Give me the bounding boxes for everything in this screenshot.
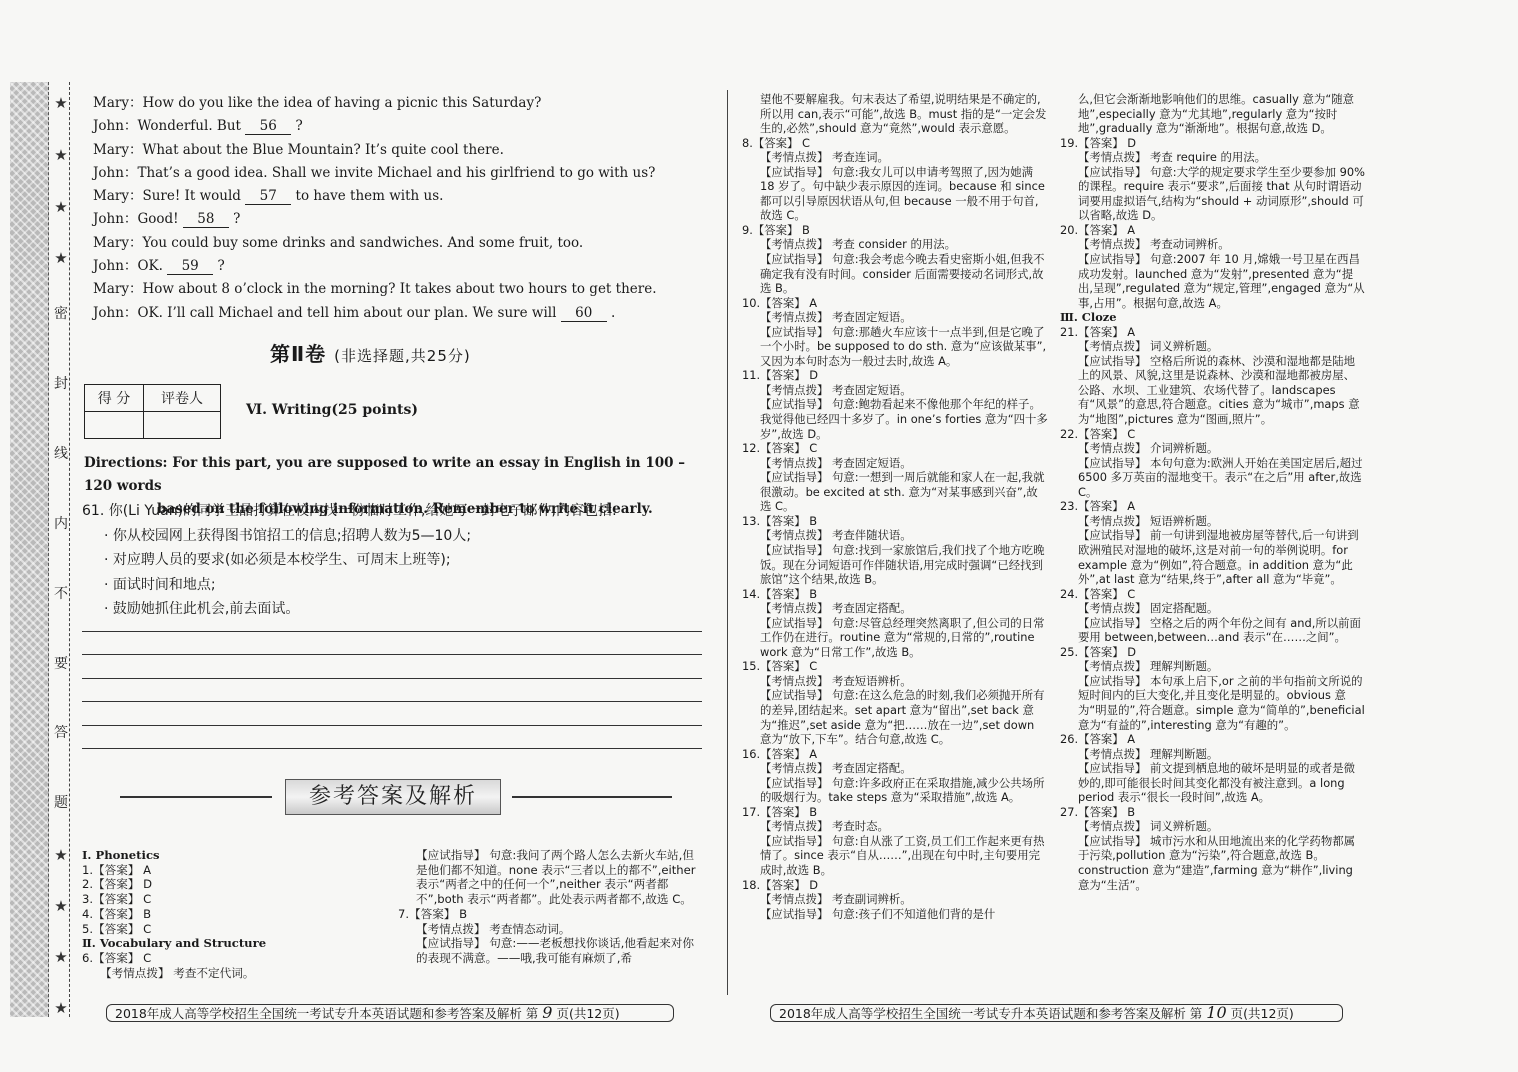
answer-item: 6.【答案】 C bbox=[82, 951, 382, 966]
speaker: Mary： bbox=[93, 92, 142, 115]
footer-text: 2018年成人高等学校招生全国统一考试专升本英语试题和参考答案及解析 第 bbox=[115, 1006, 538, 1021]
answer-note: 【考情点拨】 考查固定短语。 bbox=[742, 383, 1048, 398]
page-divider bbox=[727, 90, 728, 995]
answer-item: 23.【答案】 A bbox=[1060, 499, 1366, 514]
line-text: How do you like the idea of having a pic… bbox=[142, 95, 541, 111]
answer-note: 【应试指导】 句意:找到一家旅馆后,我们找了个地方吃晚饭。现在分词短语可作伴随状… bbox=[742, 543, 1048, 587]
star-icon: ★ bbox=[52, 249, 70, 267]
answer-note: 【考情点拨】 考查连词。 bbox=[742, 150, 1048, 165]
line-text: What about the Blue Mountain? It’s quite… bbox=[142, 142, 503, 158]
answer-note: 【应试指导】 句意:自从涨了工资,员工们工作起来更有热情了。since 表示“自… bbox=[742, 834, 1048, 878]
seal-char: 要 bbox=[52, 653, 70, 673]
line-text: That’s a good idea. Shall we invite Mich… bbox=[137, 165, 655, 181]
answer-item: 24.【答案】 C bbox=[1060, 587, 1366, 602]
star-icon: ★ bbox=[52, 897, 70, 915]
writing-line bbox=[82, 654, 702, 655]
answer-item: 5.【答案】 C bbox=[82, 922, 382, 937]
writing-line bbox=[82, 748, 702, 749]
answer-item: 4.【答案】 B bbox=[82, 907, 382, 922]
seal-char: 线 bbox=[52, 443, 70, 463]
dialogue-line: John：OK. 59 ? bbox=[93, 255, 713, 278]
line-text: Wonderful. But bbox=[137, 118, 245, 134]
line-text: Good! bbox=[137, 211, 182, 227]
section-heading: Ⅱ. Vocabulary and Structure bbox=[82, 936, 382, 951]
answer-note: 【考情点拨】 考查固定搭配。 bbox=[742, 761, 1048, 776]
writing-line bbox=[82, 701, 702, 702]
dialogue-line: Mary：How do you like the idea of having … bbox=[93, 92, 713, 115]
answer-note: 【考情点拨】 考查 require 的用法。 bbox=[1060, 150, 1366, 165]
answer-note: 【考情点拨】 考查情态动词。 bbox=[398, 922, 704, 937]
section-heading: Ⅰ. Phonetics bbox=[82, 848, 382, 863]
line-text: How about 8 o’clock in the morning? It t… bbox=[142, 281, 656, 297]
answer-note: 【应试指导】 句意:——老板想找你谈话,他看起来对你的表现不满意。——哦,我可能… bbox=[398, 936, 704, 965]
answer-item: 15.【答案】 C bbox=[742, 659, 1048, 674]
answer-note: 【考情点拨】 理解判断题。 bbox=[1060, 659, 1366, 674]
dialogue-line: John：Wonderful. But 56 ? bbox=[93, 115, 713, 138]
answer-note: 【应试指导】 城市污水和从田地流出来的化学药物都属于污染,pollution 意… bbox=[1060, 834, 1366, 892]
answer-item: 11.【答案】 D bbox=[742, 368, 1048, 383]
answer-item: 27.【答案】 B bbox=[1060, 805, 1366, 820]
blank-57: 57 bbox=[245, 188, 291, 205]
answer-note: 【考情点拨】 考查副词辨析。 bbox=[742, 892, 1048, 907]
dialogue-line: Mary：Sure! It would 57 to have them with… bbox=[93, 185, 713, 208]
speaker: John： bbox=[93, 302, 137, 325]
seal-char: 内 bbox=[52, 513, 70, 533]
page-number: 9 bbox=[542, 1003, 552, 1022]
directions-line: Directions: For this part, you are suppo… bbox=[84, 455, 685, 494]
score-table: 得 分评卷人 bbox=[84, 384, 221, 439]
line-text: OK. I’ll call Michael and tell him about… bbox=[137, 305, 560, 321]
footer-text: 2018年成人高等学校招生全国统一考试专升本英语试题和参考答案及解析 第 bbox=[779, 1006, 1202, 1021]
answer-note: 【应试指导】 句意:一想到一周后就能和家人在一起,我就很激动。be excite… bbox=[742, 470, 1048, 514]
writing-line bbox=[82, 631, 702, 632]
speaker: Mary： bbox=[93, 278, 142, 301]
answer-note: 【考情点拨】 短语辨析题。 bbox=[1060, 514, 1366, 529]
line-text: to have them with us. bbox=[291, 188, 443, 204]
answer-note: 【考情点拨】 考查时态。 bbox=[742, 819, 1048, 834]
part2-subtitle: (非选择题,共25分) bbox=[334, 347, 471, 365]
star-icon: ★ bbox=[52, 948, 70, 966]
bullet-item: · 鼓励她抓住此机会,前去面试。 bbox=[82, 597, 712, 622]
blank-60: 60 bbox=[561, 305, 607, 322]
answers-banner: 参考答案及解析 bbox=[285, 779, 501, 815]
star-icon: ★ bbox=[52, 999, 70, 1017]
answer-note: 【应试指导】 空格后所说的森林、沙漠和湿地都是陆地上的风景、风貌,这里是说森林、… bbox=[1060, 354, 1366, 427]
speaker: John： bbox=[93, 208, 137, 231]
question-61: 61. 你(Li Yuan)的同学王晶打算在校内找一份临时工作,给她写一封电子邮… bbox=[82, 499, 712, 622]
line-text: OK. bbox=[137, 258, 167, 274]
banner-rule-left bbox=[120, 796, 272, 798]
part2-title: 第Ⅱ卷 bbox=[270, 342, 326, 366]
answer-item: 21.【答案】 A bbox=[1060, 325, 1366, 340]
answer-item: 1.【答案】 A bbox=[82, 863, 382, 878]
dialogue-line: Mary：You could buy some drinks and sandw… bbox=[93, 232, 713, 255]
answer-item: 16.【答案】 A bbox=[742, 747, 1048, 762]
seal-dashed-line bbox=[69, 82, 70, 1017]
answer-note: 【考情点拨】 考查固定短语。 bbox=[742, 456, 1048, 471]
answer-note: 【应试指导】 句意:2007 年 10 月,嫦娥一号卫星在西昌成功发射。laun… bbox=[1060, 252, 1366, 310]
answer-note: 【应试指导】 句意:我问了两个路人怎么去新火车站,但是他们都不知道。none 表… bbox=[398, 848, 704, 907]
answer-note: 【考情点拨】 考查短语辨析。 bbox=[742, 674, 1048, 689]
answer-note: 【考情点拨】 考查固定搭配。 bbox=[742, 601, 1048, 616]
line-text: Sure! It would bbox=[142, 188, 245, 204]
answer-item: 20.【答案】 A bbox=[1060, 223, 1366, 238]
answer-item: 19.【答案】 D bbox=[1060, 136, 1366, 151]
line-text: ? bbox=[291, 118, 303, 134]
answer-note: 【应试指导】 句意:在这么危急的时刻,我们必须抛开所有的差异,团结起来。set … bbox=[742, 688, 1048, 746]
star-icon: ★ bbox=[52, 146, 70, 164]
page-footer-10: 2018年成人高等学校招生全国统一考试专升本英语试题和参考答案及解析 第 10 … bbox=[770, 1004, 1343, 1022]
answer-note: 望他不要解雇我。句末表达了希望,说明结果是不确定的,所以用 can,表示“可能”… bbox=[742, 92, 1048, 136]
bullet-item: · 你从校园网上获得图书馆招工的信息;招聘人数为5—10人; bbox=[82, 524, 712, 549]
answer-note: 【考情点拨】 考查固定短语。 bbox=[742, 310, 1048, 325]
blank-59: 59 bbox=[167, 258, 213, 275]
binding-strip bbox=[10, 82, 49, 1017]
blank-58: 58 bbox=[183, 211, 229, 228]
grader-cell bbox=[144, 412, 221, 439]
part2-heading: 第Ⅱ卷 (非选择题,共25分) bbox=[270, 338, 471, 367]
answer-item: 22.【答案】 C bbox=[1060, 427, 1366, 442]
answer-item: 9.【答案】 B bbox=[742, 223, 1048, 238]
blank-56: 56 bbox=[245, 118, 291, 135]
score-header: 得 分 bbox=[85, 385, 144, 412]
answer-note: 【考情点拨】 词义辨析题。 bbox=[1060, 819, 1366, 834]
star-icon: ★ bbox=[52, 94, 70, 112]
speaker: Mary： bbox=[93, 139, 142, 162]
answer-note: 【应试指导】 句意:许多政府正在采取措施,减少公共场所的吸烟行为。take st… bbox=[742, 776, 1048, 805]
answer-note: 【考情点拨】 理解判断题。 bbox=[1060, 747, 1366, 762]
answer-note: 么,但它会渐渐地影响他们的思维。casually 意为“随意地”,especia… bbox=[1060, 92, 1366, 136]
star-icon: ★ bbox=[52, 198, 70, 216]
bullet-item: · 面试时间和地点; bbox=[82, 573, 712, 598]
line-text: You could buy some drinks and sandwiches… bbox=[142, 235, 583, 251]
speaker: Mary： bbox=[93, 185, 142, 208]
writing-section-title: Ⅵ. Writing(25 points) bbox=[246, 402, 418, 418]
answer-item: 18.【答案】 D bbox=[742, 878, 1048, 893]
answer-note: 【应试指导】 句意:孩子们不知道他们背的是什 bbox=[742, 907, 1048, 922]
answers-left-col2: 【应试指导】 句意:我问了两个路人怎么去新火车站,但是他们都不知道。none 表… bbox=[398, 848, 704, 966]
answers-left-col1: Ⅰ. Phonetics 1.【答案】 A 2.【答案】 D 3.【答案】 C … bbox=[82, 848, 382, 980]
answer-note: 【应试指导】 前文提到栖息地的破坏是明显的或者是微妙的,即可能很长时间其变化都没… bbox=[1060, 761, 1366, 805]
answer-item: 7.【答案】 B bbox=[398, 907, 704, 922]
answer-note: 【应试指导】 句意:我女儿可以申请考驾照了,因为她满 18 岁了。句中缺少表示原… bbox=[742, 165, 1048, 223]
grader-header: 评卷人 bbox=[144, 385, 221, 412]
answer-note: 【应试指导】 本句承上启下,or 之前的半句指前文所说的短时间内的巨大变化,并且… bbox=[1060, 674, 1366, 732]
answer-item: 3.【答案】 C bbox=[82, 892, 382, 907]
answer-note: 【应试指导】 空格之后的两个年份之间有 and,所以前面要用 between,b… bbox=[1060, 616, 1366, 645]
dialogue-line: John：Good! 58 ? bbox=[93, 208, 713, 231]
answer-note: 【应试指导】 句意:尽管总经理突然离职了,但公司的日常工作仍在进行。routin… bbox=[742, 616, 1048, 660]
page-footer-9: 2018年成人高等学校招生全国统一考试专升本英语试题和参考答案及解析 第 9 页… bbox=[106, 1004, 674, 1022]
question-prompt: 61. 你(Li Yuan)的同学王晶打算在校内找一份临时工作,给她写一封电子邮… bbox=[82, 499, 712, 524]
answer-note: 【考情点拨】 考查动词辨析。 bbox=[1060, 237, 1366, 252]
answer-item: 17.【答案】 B bbox=[742, 805, 1048, 820]
banner-rule-right bbox=[512, 796, 672, 798]
answer-note: 【应试指导】 句意:我会考虑今晚去看史密斯小姐,但我不确定我有没有时间。cons… bbox=[742, 252, 1048, 296]
dialogue: Mary：How do you like the idea of having … bbox=[93, 92, 713, 325]
answer-note: 【应试指导】 句意:那趟火车应该十一点半到,但是它晚了一个小时。be suppo… bbox=[742, 325, 1048, 369]
answer-item: 2.【答案】 D bbox=[82, 877, 382, 892]
answer-note: 【应试指导】 句意:鲍勃看起来不像他那个年纪的样子。我觉得他已经四十多岁了。in… bbox=[742, 397, 1048, 441]
line-text: ? bbox=[213, 258, 225, 274]
answer-note: 【应试指导】 前一句讲到湿地被房屋等替代,后一句讲到欧洲殖民对湿地的破坏,这是对… bbox=[1060, 528, 1366, 586]
answer-item: 12.【答案】 C bbox=[742, 441, 1048, 456]
answer-item: 25.【答案】 D bbox=[1060, 645, 1366, 660]
line-text: ? bbox=[229, 211, 241, 227]
seal-char: 答 bbox=[52, 722, 70, 742]
answer-note: 【考情点拨】 考查不定代词。 bbox=[82, 966, 382, 981]
answer-note: 【应试指导】 句意:大学的规定要求学生至少要参加 90% 的课程。require… bbox=[1060, 165, 1366, 223]
page-total: 页(共12页) bbox=[1231, 1006, 1294, 1021]
answer-item: 14.【答案】 B bbox=[742, 587, 1048, 602]
answer-note: 【考情点拨】 词义辨析题。 bbox=[1060, 339, 1366, 354]
page-number: 10 bbox=[1206, 1003, 1226, 1022]
writing-line bbox=[82, 678, 702, 679]
bullet-item: · 对应聘人员的要求(如必须是本校学生、可周末上班等); bbox=[82, 548, 712, 573]
seal-char: 封 bbox=[52, 373, 70, 393]
answer-note: 【应试指导】 本句句意为:欧洲人开始在美国定居后,超过 6500 多万英亩的湿地… bbox=[1060, 456, 1366, 500]
star-icon: ★ bbox=[52, 846, 70, 864]
dialogue-line: John：That’s a good idea. Shall we invite… bbox=[93, 162, 713, 185]
speaker: Mary： bbox=[93, 232, 142, 255]
dialogue-line: Mary：How about 8 o’clock in the morning?… bbox=[93, 278, 713, 301]
seal-char: 密 bbox=[52, 303, 70, 323]
answer-note: 【考情点拨】 介词辨析题。 bbox=[1060, 441, 1366, 456]
dialogue-line: John：OK. I’ll call Michael and tell him … bbox=[93, 302, 713, 325]
seal-char: 题 bbox=[52, 792, 70, 812]
answer-item: 13.【答案】 B bbox=[742, 514, 1048, 529]
dialogue-line: Mary：What about the Blue Mountain? It’s … bbox=[93, 139, 713, 162]
seal-char: 不 bbox=[52, 583, 70, 603]
answer-note: 【考情点拨】 考查 consider 的用法。 bbox=[742, 237, 1048, 252]
answer-note: 【考情点拨】 固定搭配题。 bbox=[1060, 601, 1366, 616]
speaker: John： bbox=[93, 255, 137, 278]
answer-item: 10.【答案】 A bbox=[742, 296, 1048, 311]
score-cell bbox=[85, 412, 144, 439]
page-total: 页(共12页) bbox=[556, 1006, 619, 1021]
speaker: John： bbox=[93, 162, 137, 185]
answers-right-col2: 么,但它会渐渐地影响他们的思维。casually 意为“随意地”,especia… bbox=[1060, 92, 1366, 892]
answer-item: 26.【答案】 A bbox=[1060, 732, 1366, 747]
speaker: John： bbox=[93, 115, 137, 138]
line-text: . bbox=[607, 305, 616, 321]
section-heading: Ⅲ. Cloze bbox=[1060, 310, 1366, 325]
answer-item: 8.【答案】 C bbox=[742, 136, 1048, 151]
answers-right-col1: 望他不要解雇我。句末表达了希望,说明结果是不确定的,所以用 can,表示“可能”… bbox=[742, 92, 1048, 921]
writing-line bbox=[82, 725, 702, 726]
answer-note: 【考情点拨】 考查伴随状语。 bbox=[742, 528, 1048, 543]
